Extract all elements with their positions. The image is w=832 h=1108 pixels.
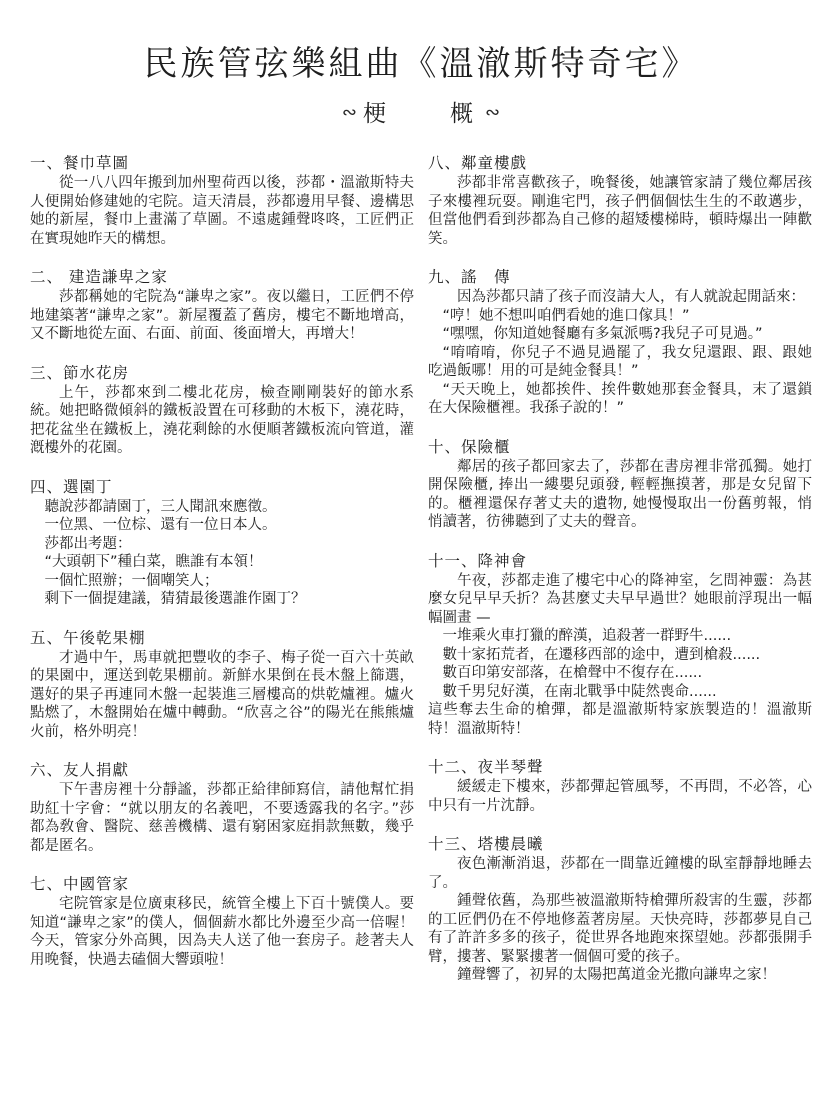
section-heading: 七、中國管家	[30, 875, 414, 894]
story-section: 十二、夜半琴聲緩緩走下樓來，莎都彈起管風琴，不再問，不必答，心中只有一片沈靜。	[428, 758, 812, 815]
story-section: 七、中國管家宅院管家是位廣東移民，統管全樓上下百十號僕人。要知道“謙卑之家”的僕…	[30, 875, 414, 969]
paragraph: 鍾聲依舊，為那些被溫澈斯特槍彈所殺害的生靈，莎都的工匠們仍在不停地修蓋著房屋。天…	[428, 892, 812, 966]
section-heading: 一、餐巾草圖	[30, 154, 414, 173]
subtitle-text: 梗 概	[363, 101, 479, 127]
story-section: 五、午後乾果棚才過中午，馬車就把豐收的李子、梅子從一百六十英畝的果園中，運送到乾…	[30, 629, 414, 742]
paragraph: 下午書房裡十分靜謐，莎都正給律師寫信，請他幫忙捐助紅十字會：“就以朋友的名義吧，…	[30, 781, 414, 855]
section-heading: 八、鄰童樓戲	[428, 154, 812, 173]
paragraph: 緩緩走下樓來，莎都彈起管風琴，不再問，不必答，心中只有一片沈靜。	[428, 778, 812, 815]
paragraph: “嘿嘿，你知道她餐廳有多氣派嗎?我兒子可見過。”	[428, 325, 812, 344]
story-section: 三、節水花房上午，莎都來到二樓北花房，檢查剛剛裝好的節水系統。她把略微傾斜的鐵板…	[30, 364, 414, 458]
story-section: 十一、降神會午夜，莎都走進了樓宅中心的降神室，乞問神靈：為甚麼女兒早早夭折？為甚…	[428, 552, 812, 739]
paragraph: 聽說莎都請園丁，三人聞訊來應徵。	[30, 498, 414, 517]
page-subtitle: ∾梗 概∾	[30, 95, 812, 128]
section-heading: 十三、塔樓晨曦	[428, 835, 812, 854]
document-page: 民族管弦樂組曲《溫澈斯特奇宅》 ∾梗 概∾ 一、餐巾草圖從一八八四年搬到加州聖荷…	[0, 0, 832, 1108]
paragraph: 這些奪去生命的槍彈，都是溫澈斯特家族製造的！溫澈斯特！溫澈斯特！	[428, 701, 812, 738]
paragraph: “哼！她不想叫咱們看她的進口傢具！”	[428, 307, 812, 326]
left-column: 一、餐巾草圖從一八八四年搬到加州聖荷西以後，莎都・溫澈斯特夫人便開始修建她的宅院…	[30, 154, 414, 989]
story-section: 二、 建造謙卑之家莎都稱她的宅院為“謙卑之家”。夜以繼日，工匠們不停地建築著“謙…	[30, 268, 414, 344]
paragraph: 一堆乘火車打獵的醉漢，追殺著一群野牛......	[428, 627, 812, 646]
right-flourish-ornament-icon: ∾	[479, 102, 506, 123]
paragraph: 上午，莎都來到二樓北花房，檢查剛剛裝好的節水系統。她把略微傾斜的鐵板設置在可移動…	[30, 384, 414, 458]
story-section: 九、謠 傳因為莎都只請了孩子而沒請大人，有人就說起閒話來：“哼！她不想叫咱們看她…	[428, 268, 812, 418]
section-heading: 九、謠 傳	[428, 268, 812, 287]
section-heading: 十二、夜半琴聲	[428, 758, 812, 777]
paragraph: 鐘聲響了，初昇的太陽把萬道金光撒向謙卑之家！	[428, 966, 812, 985]
paragraph: 宅院管家是位廣東移民，統管全樓上下百十號僕人。要知道“謙卑之家”的僕人，個個薪水…	[30, 895, 414, 969]
paragraph: “天天晚上，她都挨件、挨件數她那套金餐具，末了還鎖在大保險櫃裡。我孫子說的！”	[428, 381, 812, 418]
paragraph: 從一八八四年搬到加州聖荷西以後，莎都・溫澈斯特夫人便開始修建她的宅院。這天清晨，…	[30, 174, 414, 248]
right-column: 八、鄰童樓戲莎都非常喜歡孩子，晚餐後，她讓管家請了幾位鄰居孩子來樓裡玩耍。剛進宅…	[428, 154, 812, 1005]
section-heading: 二、 建造謙卑之家	[30, 268, 414, 287]
story-section: 十、保險櫃鄰居的孩子都回家去了，莎都在書房裡非常孤獨。她打開保險櫃, 捧出一縷嬰…	[428, 438, 812, 532]
story-section: 六、友人捐獻下午書房裡十分靜謐，莎都正給律師寫信，請他幫忙捐助紅十字會：“就以朋…	[30, 761, 414, 855]
section-heading: 三、節水花房	[30, 364, 414, 383]
paragraph: 鄰居的孩子都回家去了，莎都在書房裡非常孤獨。她打開保險櫃, 捧出一縷嬰兒頭發, …	[428, 458, 812, 532]
paragraph: 莎都非常喜歡孩子，晚餐後，她讓管家請了幾位鄰居孩子來樓裡玩耍。剛進宅門，孩子們個…	[428, 174, 812, 248]
left-flourish-ornament-icon: ∾	[336, 102, 363, 123]
paragraph: 數千男兒好漢，在南北戰爭中陡然喪命......	[428, 683, 812, 702]
paragraph: 午夜，莎都走進了樓宅中心的降神室，乞問神靈：為甚麼女兒早早夭折？為甚麼丈夫早早過…	[428, 572, 812, 628]
section-heading: 六、友人捐獻	[30, 761, 414, 780]
paragraph: “大頭朝下”種白菜，瞧誰有本領！	[30, 553, 414, 572]
paragraph: 夜色漸漸消退，莎都在一間靠近鐘樓的臥室靜靜地睡去了。	[428, 855, 812, 892]
paragraph: 數百印第安部落，在槍聲中不復存在......	[428, 664, 812, 683]
story-section: 八、鄰童樓戲莎都非常喜歡孩子，晚餐後，她讓管家請了幾位鄰居孩子來樓裡玩耍。剛進宅…	[428, 154, 812, 248]
paragraph: 一位黑、一位棕、還有一位日本人。	[30, 516, 414, 535]
paragraph: 一個忙照辦；一個嘲笑人；	[30, 572, 414, 591]
paragraph: 莎都出考題：	[30, 535, 414, 554]
page-title: 民族管弦樂組曲《溫澈斯特奇宅》	[30, 36, 812, 85]
paragraph: 剩下一個提建議，猜猜最後選誰作園丁？	[30, 590, 414, 609]
paragraph: 莎都稱她的宅院為“謙卑之家”。夜以繼日，工匠們不停地建築著“謙卑之家”。新屋覆蓋…	[30, 288, 414, 344]
story-section: 四、選園丁聽說莎都請園丁，三人聞訊來應徵。一位黑、一位棕、還有一位日本人。莎都出…	[30, 478, 414, 609]
paragraph: 因為莎都只請了孩子而沒請大人，有人就說起閒話來：	[428, 288, 812, 307]
paragraph: 數十家拓荒者，在遷移西部的途中，遭到槍殺......	[428, 646, 812, 665]
two-column-layout: 一、餐巾草圖從一八八四年搬到加州聖荷西以後，莎都・溫澈斯特夫人便開始修建她的宅院…	[30, 154, 812, 1005]
section-heading: 四、選園丁	[30, 478, 414, 497]
story-section: 十三、塔樓晨曦夜色漸漸消退，莎都在一間靠近鐘樓的臥室靜靜地睡去了。鍾聲依舊，為那…	[428, 835, 812, 985]
section-heading: 十、保險櫃	[428, 438, 812, 457]
paragraph: 才過中午，馬車就把豐收的李子、梅子從一百六十英畝的果園中，運送到乾果棚前。新鮮水…	[30, 649, 414, 742]
section-heading: 十一、降神會	[428, 552, 812, 571]
paragraph: “唷唷唷，你兒子不過見過罷了，我女兒還跟、跟、跟她吃過飯哪！用的可是純金餐具！”	[428, 344, 812, 381]
section-heading: 五、午後乾果棚	[30, 629, 414, 648]
story-section: 一、餐巾草圖從一八八四年搬到加州聖荷西以後，莎都・溫澈斯特夫人便開始修建她的宅院…	[30, 154, 414, 248]
